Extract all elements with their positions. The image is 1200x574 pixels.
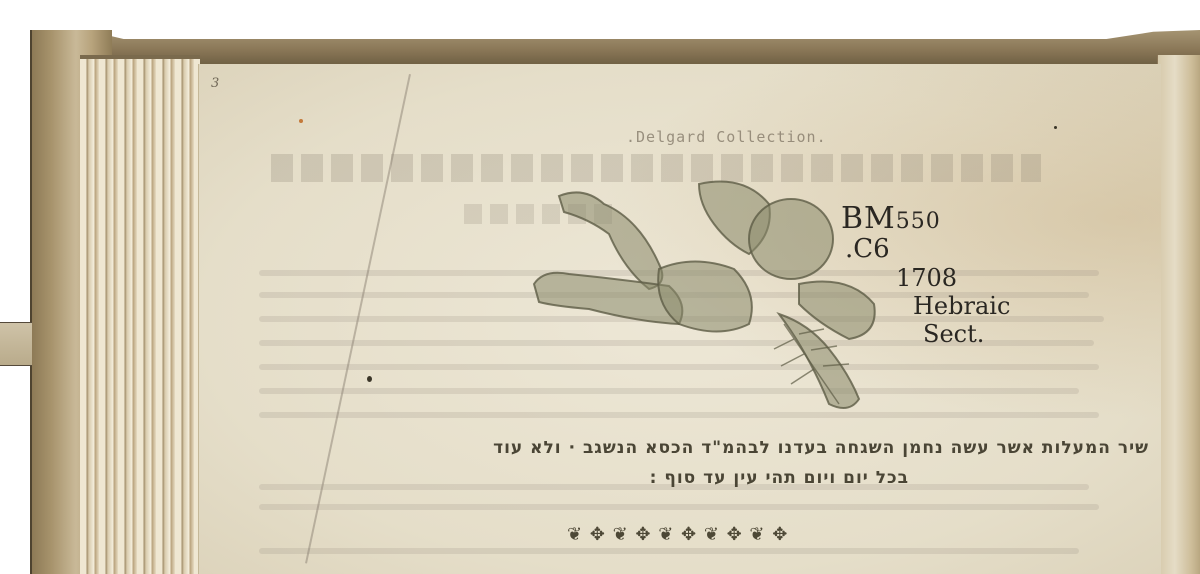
book-top-edge	[30, 30, 1200, 66]
page-stack-edges	[80, 55, 200, 574]
shelfmark-class: BM	[841, 201, 896, 236]
bleed-through-line	[259, 504, 1099, 510]
bleed-through-line	[259, 548, 1079, 554]
foxing-spot	[367, 376, 372, 382]
binding-tab	[0, 322, 32, 366]
shelfmark-year: 1708	[896, 266, 1010, 290]
foxing-spot	[299, 119, 303, 123]
foxing-spot	[1054, 126, 1057, 129]
shelfmark-number: 550	[896, 209, 941, 234]
hebrew-text-line-2: בכל יום ויום תהי עין עד סוף :	[519, 468, 909, 488]
ornamental-border: ❦ ✥ ❦ ✥ ❦ ✥ ❦ ✥ ❦ ✥	[567, 524, 788, 545]
collection-stamp: .Delgard Collection.	[626, 128, 827, 146]
right-page-edge	[1157, 55, 1200, 574]
hebrew-text-line-1: שיר המעלות אשר עשה נחמן השגחה בעדנו לבהמ…	[309, 438, 1149, 458]
handwritten-shelfmark: BM550 .C6 1708 Hebraic Sect.	[841, 204, 1010, 346]
shelfmark-section-abbr: Sect.	[923, 322, 1010, 346]
book-page: 3 .Delgard Collection.	[198, 64, 1161, 574]
shelfmark-cutter: .C6	[845, 236, 1010, 262]
shelfmark-section: Hebraic	[913, 294, 1010, 318]
book-photograph: 3 .Delgard Collection.	[0, 0, 1200, 574]
page-number: 3	[211, 76, 219, 91]
